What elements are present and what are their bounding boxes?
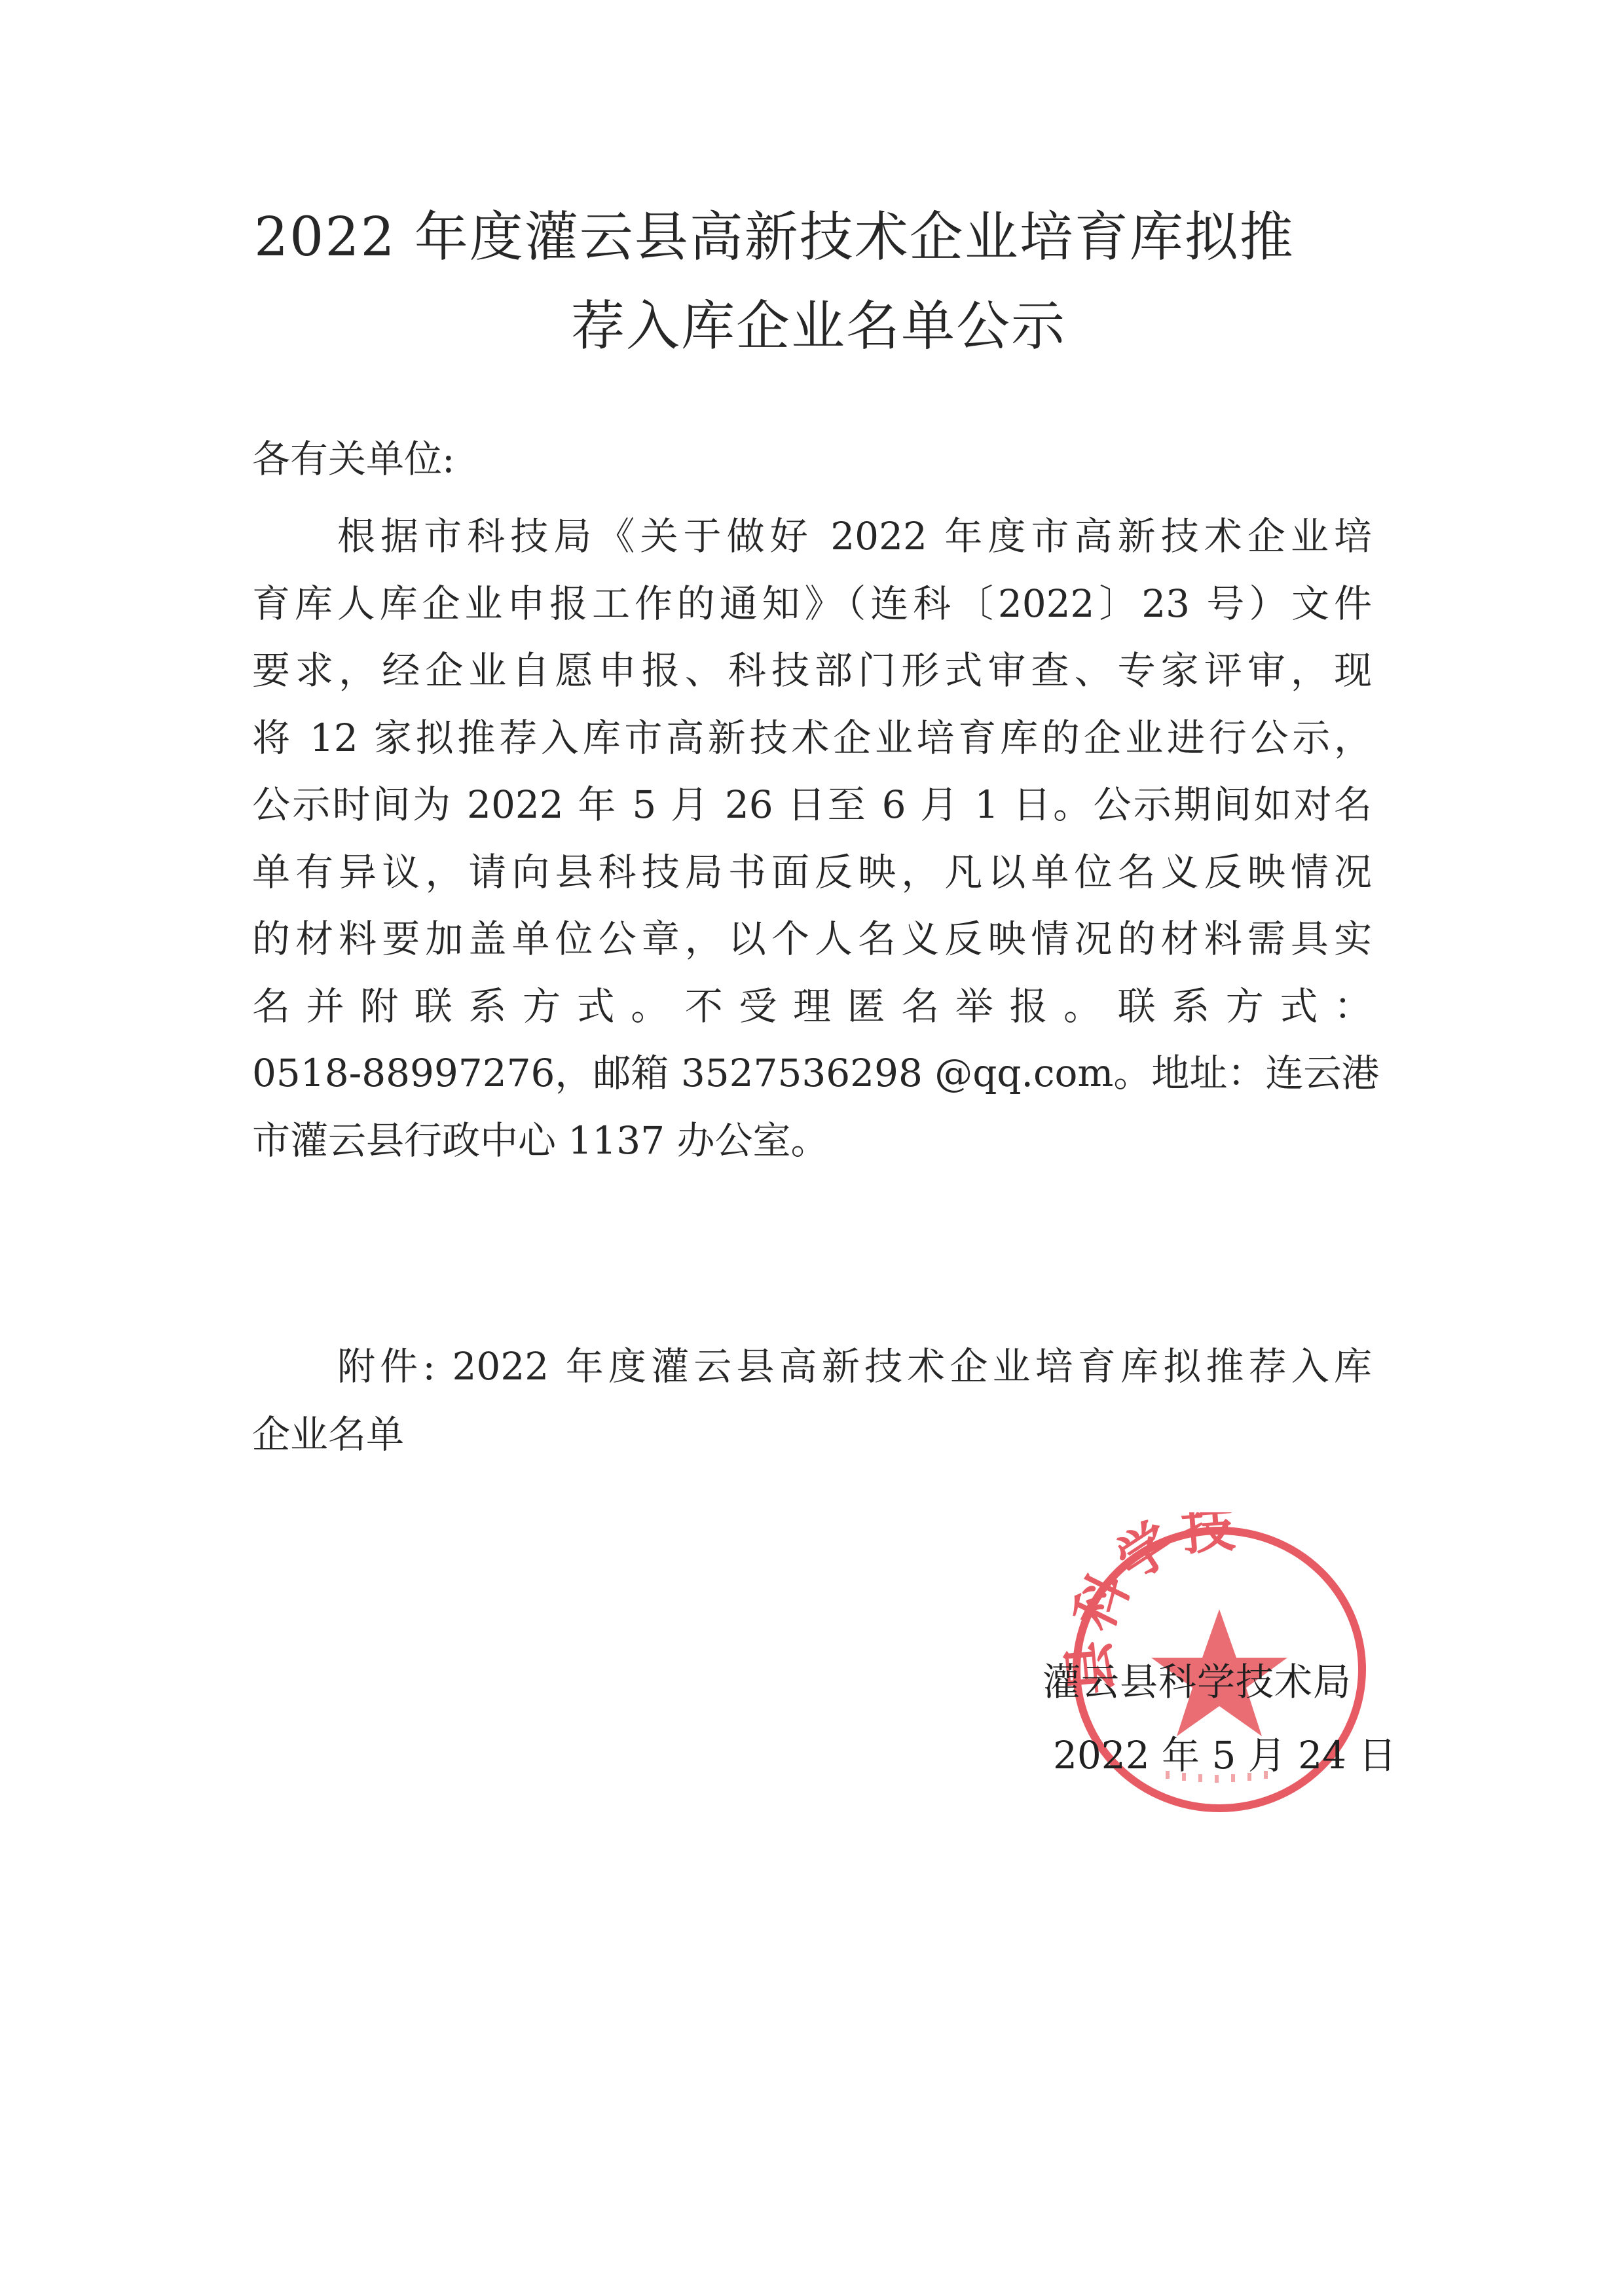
contact-line: 0518-88997276，邮箱 3527536298 @qq.com。地址：连… bbox=[252, 1054, 1372, 1092]
body-line: 单有异议，请向县科技局书面反映，凡以单位名义反映情况 bbox=[252, 853, 1372, 891]
salutation: 各有关单位: bbox=[252, 440, 1372, 478]
issue-date: 2022 年 5 月 24 日 bbox=[1053, 1736, 1397, 1774]
body-line: 的材料要加盖单位公章，以个人名义反映情况的材料需具实 bbox=[252, 920, 1372, 958]
body-line: 公示时间为 2022 年 5 月 26 日至 6 月 1 日。公示期间如对名 bbox=[252, 786, 1372, 824]
attachment-line: 附件: 2022 年度灌云县高新技术企业培育库拟推荐入库 bbox=[252, 1347, 1372, 1385]
body-line: 根据市科技局《关于做好 2022 年度市高新技术企业培 bbox=[252, 517, 1372, 555]
document-title-line-2: 荐入库企业名单公示 bbox=[249, 300, 1388, 354]
issuing-organization: 灌云县科学技术局 bbox=[1043, 1663, 1352, 1701]
body-line: 要求，经企业自愿申报、科技部门形式审查、专家评审，现 bbox=[252, 651, 1372, 689]
address-line: 市灌云县行政中心 1137 办公室。 bbox=[252, 1121, 1372, 1159]
attachment-line: 企业名单 bbox=[252, 1415, 1372, 1453]
document-page: 2022 年度灌云县高新技术企业培育库拟推 荐入库企业名单公示 各有关单位: 根… bbox=[0, 0, 1624, 2296]
document-title-line-1: 2022 年度灌云县高新技术企业培育库拟推 bbox=[254, 211, 1393, 264]
body-line: 名并附联系方式。不受理匿名举报。联系方式： bbox=[252, 987, 1372, 1025]
body-line: 育库人库企业申报工作的通知》（连科〔2022〕23 号）文件 bbox=[252, 585, 1372, 623]
body-line: 将 12 家拟推荐入库市高新技术企业培育库的企业进行公示， bbox=[252, 719, 1372, 757]
